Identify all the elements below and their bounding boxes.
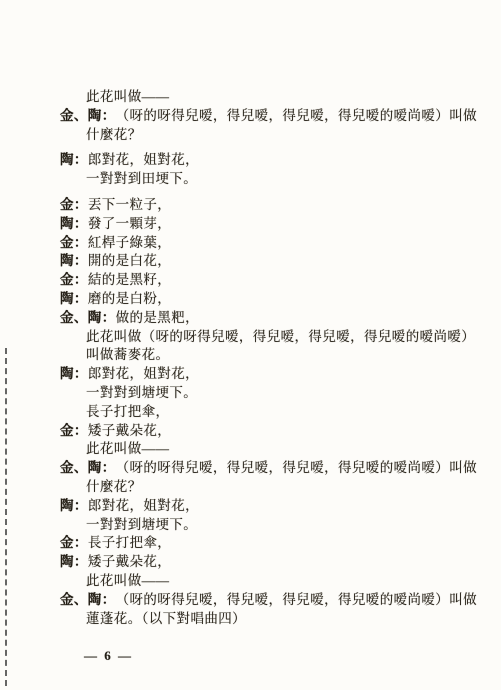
script-line: 金：長子打把傘， bbox=[60, 534, 480, 553]
speaker-label: 陶： bbox=[60, 497, 88, 516]
script-line: 金、陶：做的是黑粑， bbox=[60, 309, 480, 328]
script-line: 蓮蓬花。（以下對唱曲四） bbox=[60, 610, 480, 629]
speaker-label: 陶： bbox=[60, 151, 88, 170]
speaker-label: 金： bbox=[60, 271, 88, 290]
line-text: （呀的呀得兒嗳，得兒嗳，得兒嗳，得兒嗳的嗳尚嗳）叫做 bbox=[116, 459, 477, 478]
speaker-label: 金、陶： bbox=[60, 107, 116, 126]
speaker-label: 陶： bbox=[60, 290, 88, 309]
line-text: （呀的呀得兒嗳，得兒嗳，得兒嗳，得兒嗳的嗳尚嗳）叫做 bbox=[116, 107, 477, 126]
line-text: 郎對花，姐對花， bbox=[88, 151, 199, 170]
line-text: 一對對到塘埂下。 bbox=[86, 516, 197, 535]
script-line: 金、陶：（呀的呀得兒嗳，得兒嗳，得兒嗳，得兒嗳的嗳尚嗳）叫做 bbox=[60, 591, 480, 610]
script-line: 一對對到塘埂下。 bbox=[60, 384, 480, 403]
line-text: 矮子戴朵花， bbox=[88, 422, 171, 441]
line-text: 丟下一粒子， bbox=[88, 196, 171, 215]
line-text: 此花叫做—— bbox=[86, 88, 169, 107]
speaker-label: 金： bbox=[60, 422, 88, 441]
line-text: 開的是白花， bbox=[88, 252, 171, 271]
script-line: 此花叫做—— bbox=[60, 440, 480, 459]
script-line: 陶：郎對花，姐對花， bbox=[60, 365, 480, 384]
speaker-label: 金： bbox=[60, 234, 88, 253]
line-text: 長子打把傘， bbox=[86, 403, 169, 422]
line-text: 一對對到田埂下。 bbox=[86, 170, 197, 189]
speaker-label: 金： bbox=[60, 196, 88, 215]
speaker-label: 陶： bbox=[60, 365, 88, 384]
script-line: 什麼花？ bbox=[60, 126, 480, 145]
page-number: — 6 — bbox=[84, 648, 133, 664]
script-text: 此花叫做——金、陶：（呀的呀得兒嗳，得兒嗳，得兒嗳，得兒嗳的嗳尚嗳）叫做什麼花？… bbox=[60, 88, 480, 628]
speaker-label: 陶： bbox=[60, 215, 88, 234]
line-text: 矮子戴朵花， bbox=[88, 553, 171, 572]
line-text: 此花叫做—— bbox=[86, 572, 169, 591]
line-text: 什麼花？ bbox=[86, 478, 142, 497]
line-text: 一對對到塘埂下。 bbox=[86, 384, 197, 403]
script-line: 陶：矮子戴朵花， bbox=[60, 553, 480, 572]
line-text: 蓮蓬花。（以下對唱曲四） bbox=[86, 610, 246, 629]
line-text: 結的是黑籽， bbox=[88, 271, 171, 290]
script-line: 金：紅桿子綠葉， bbox=[60, 234, 480, 253]
speaker-label: 金、陶： bbox=[60, 591, 116, 610]
script-line: 此花叫做—— bbox=[60, 572, 480, 591]
line-text: 叫做蕎麥花。 bbox=[86, 346, 169, 365]
script-line: 金：結的是黑籽， bbox=[60, 271, 480, 290]
script-line: 金：丟下一粒子， bbox=[60, 196, 480, 215]
script-line: 一對對到塘埂下。 bbox=[60, 516, 480, 535]
script-line: 什麼花？ bbox=[60, 478, 480, 497]
script-line: 陶：發了一顆芽， bbox=[60, 215, 480, 234]
script-line: 陶：郎對花，姐對花， bbox=[60, 497, 480, 516]
scanned-page: 此花叫做——金、陶：（呀的呀得兒嗳，得兒嗳，得兒嗳，得兒嗳的嗳尚嗳）叫做什麼花？… bbox=[0, 0, 501, 690]
binding-dash-marks bbox=[5, 348, 7, 686]
speaker-label: 金、陶： bbox=[60, 309, 116, 328]
script-line: 陶：開的是白花， bbox=[60, 252, 480, 271]
line-text: 磨的是白粉， bbox=[88, 290, 171, 309]
script-line: 此花叫做（呀的呀得兒嗳，得兒嗳，得兒嗳，得兒嗳的嗳尚嗳） bbox=[60, 328, 480, 347]
line-text: 郎對花，姐對花， bbox=[88, 497, 199, 516]
line-text: 做的是黑粑， bbox=[116, 309, 199, 328]
script-line: 叫做蕎麥花。 bbox=[60, 346, 480, 365]
line-text: 紅桿子綠葉， bbox=[88, 234, 171, 253]
line-text: 此花叫做（呀的呀得兒嗳，得兒嗳，得兒嗳，得兒嗳的嗳尚嗳） bbox=[86, 328, 475, 347]
line-text: 此花叫做—— bbox=[86, 440, 169, 459]
script-line: 長子打把傘， bbox=[60, 403, 480, 422]
speaker-label: 陶： bbox=[60, 553, 88, 572]
script-line: 陶：郎對花，姐對花， bbox=[60, 151, 480, 170]
script-line: 金、陶：（呀的呀得兒嗳，得兒嗳，得兒嗳，得兒嗳的嗳尚嗳）叫做 bbox=[60, 107, 480, 126]
line-text: 什麼花？ bbox=[86, 126, 142, 145]
speaker-label: 金、陶： bbox=[60, 459, 116, 478]
line-text: （呀的呀得兒嗳，得兒嗳，得兒嗳，得兒嗳的嗳尚嗳）叫做 bbox=[116, 591, 477, 610]
speaker-label: 金： bbox=[60, 534, 88, 553]
line-text: 郎對花，姐對花， bbox=[88, 365, 199, 384]
line-text: 長子打把傘， bbox=[88, 534, 171, 553]
script-line: 金、陶：（呀的呀得兒嗳，得兒嗳，得兒嗳，得兒嗳的嗳尚嗳）叫做 bbox=[60, 459, 480, 478]
script-line: 一對對到田埂下。 bbox=[60, 170, 480, 189]
script-line: 陶：磨的是白粉， bbox=[60, 290, 480, 309]
speaker-label: 陶： bbox=[60, 252, 88, 271]
line-text: 發了一顆芽， bbox=[88, 215, 171, 234]
script-line: 金：矮子戴朵花， bbox=[60, 422, 480, 441]
script-line: 此花叫做—— bbox=[60, 88, 480, 107]
